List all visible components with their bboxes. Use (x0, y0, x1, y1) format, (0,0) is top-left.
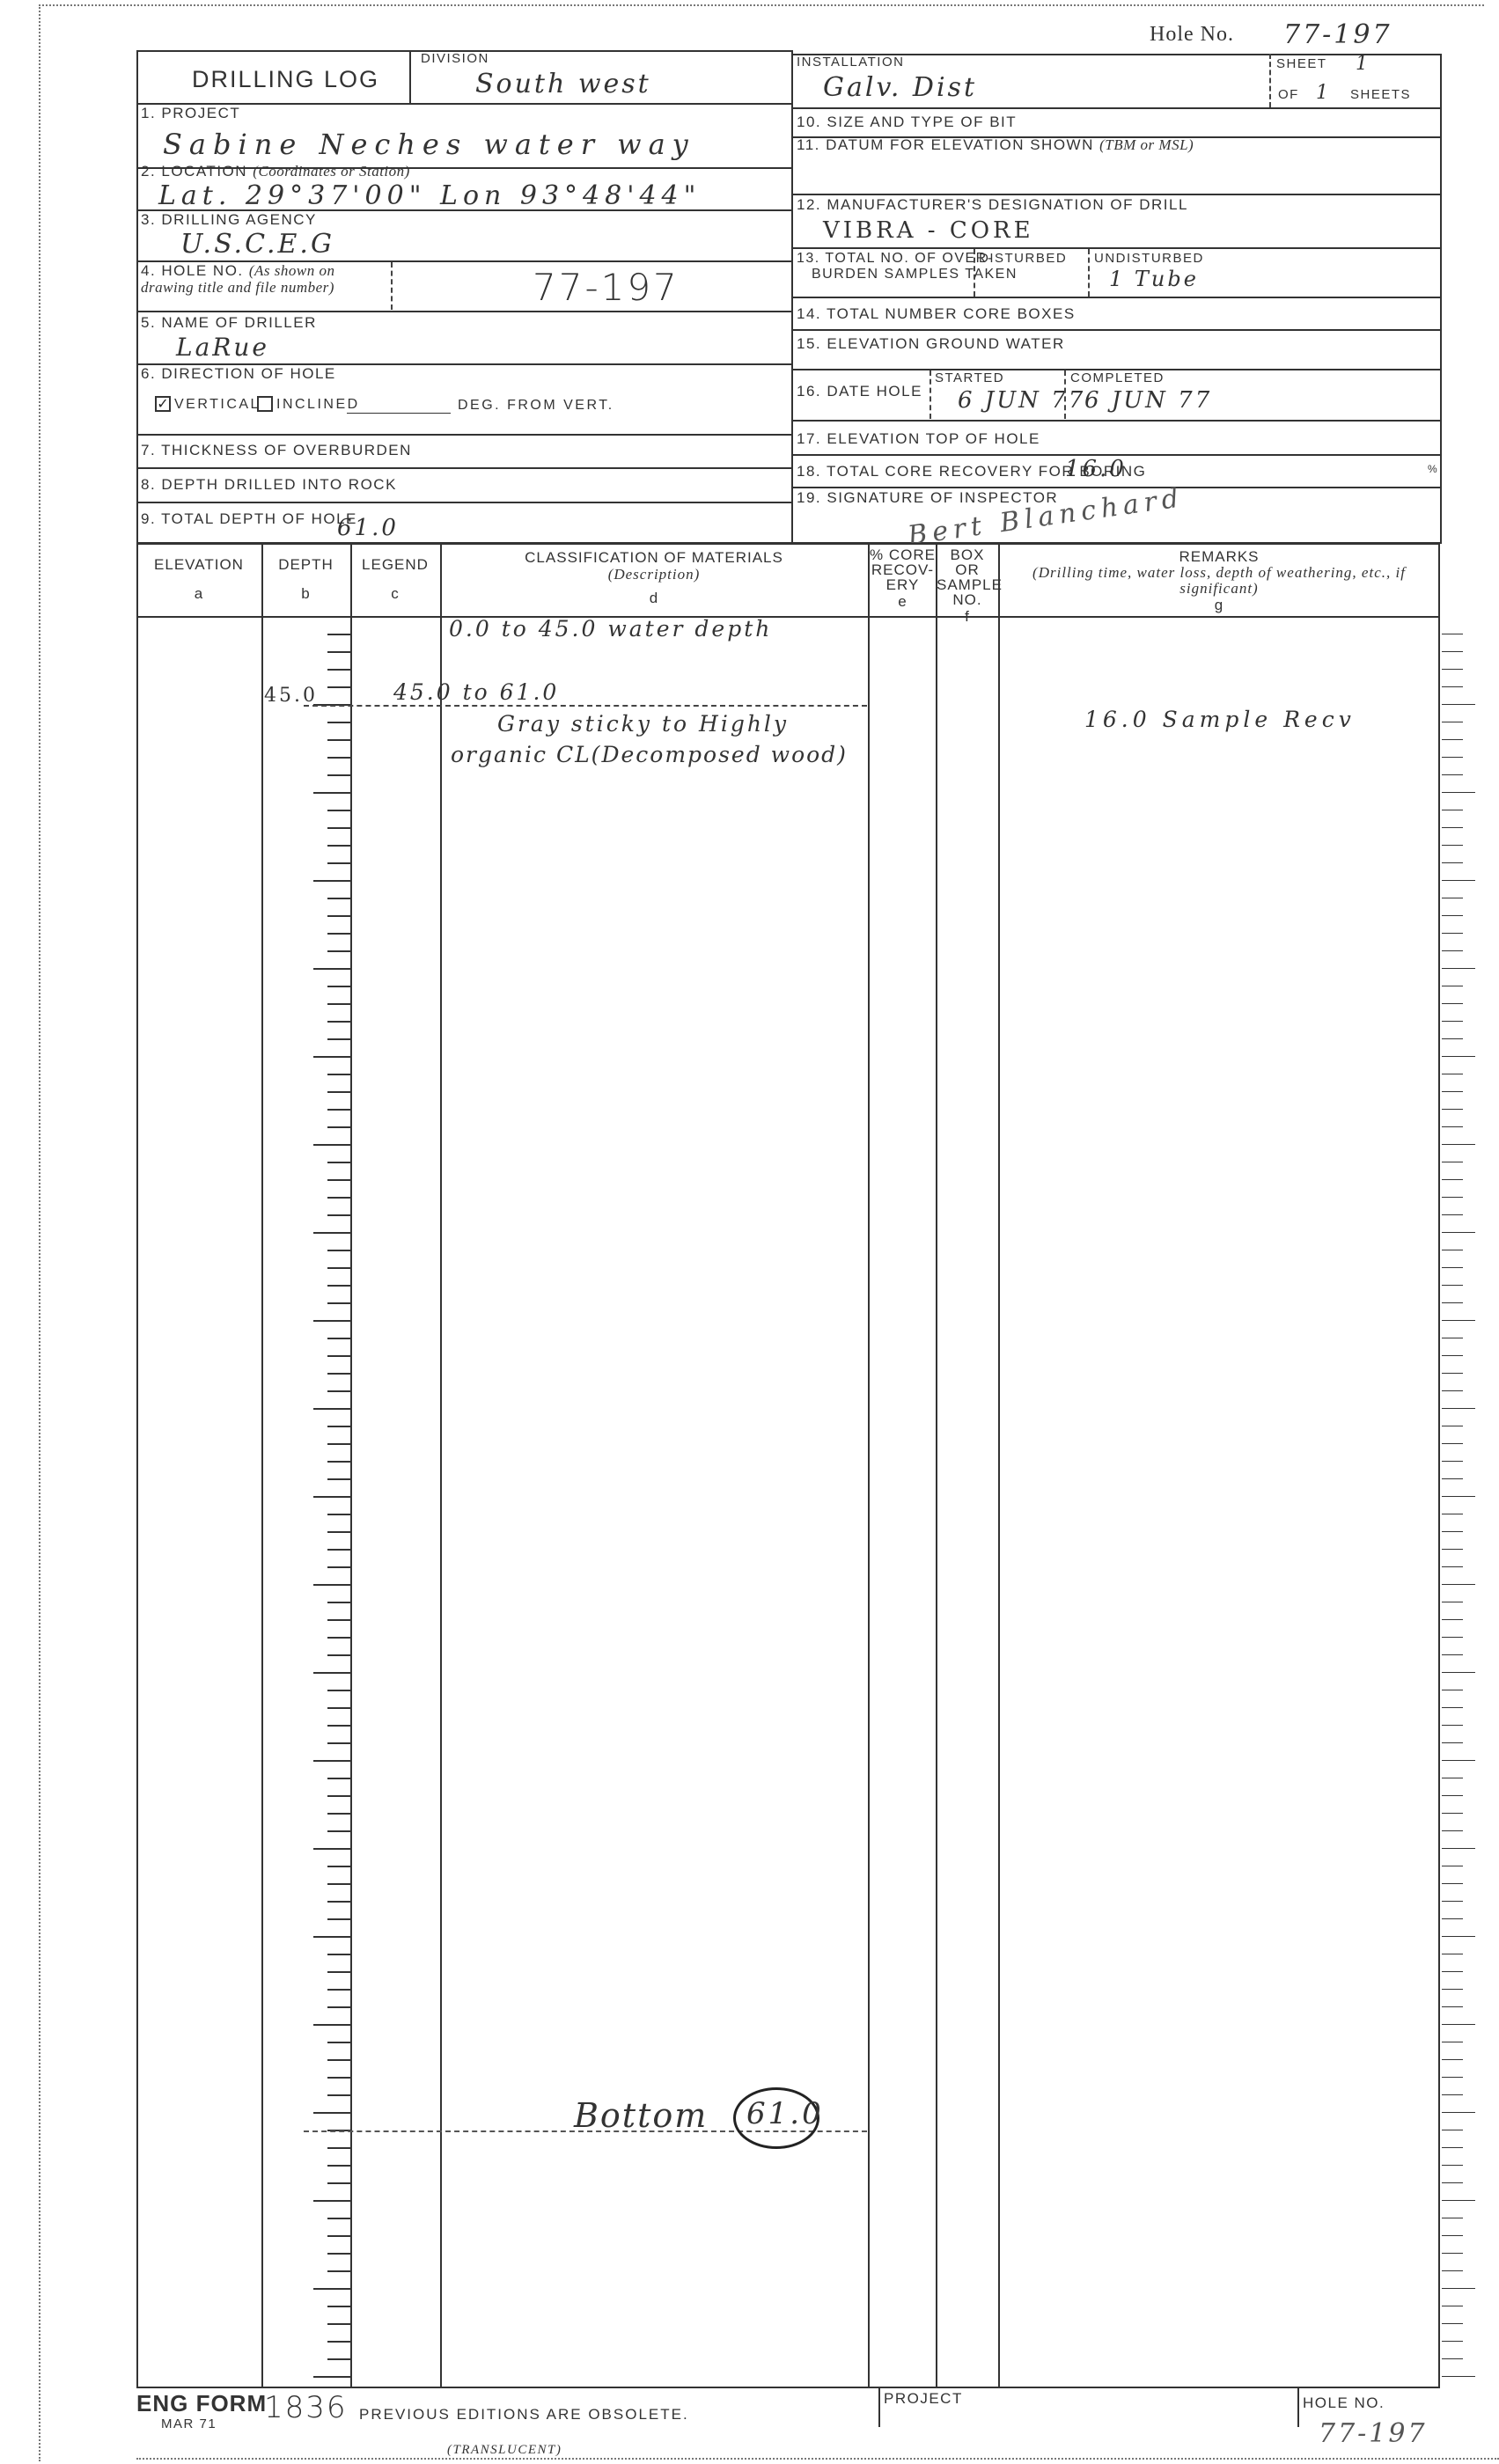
location-value[interactable]: Lat. 29°37'00" Lon 93°48'44" (158, 180, 701, 211)
form-number: 1836 (264, 2390, 348, 2425)
total-depth-label: 9. TOTAL DEPTH OF HOLE (141, 510, 357, 528)
bottom-depth-value[interactable]: 61.0 (746, 2096, 824, 2131)
driller-value[interactable]: LaRue (176, 333, 269, 362)
form-left-section (136, 50, 793, 544)
footer-hole-no-value[interactable]: 77-197 (1319, 2418, 1428, 2449)
col-header-legend: LEGENDc (350, 556, 440, 602)
drilling-agency-label: 3. DRILLING AGENCY (141, 211, 317, 229)
deg-from-vert-label: DEG. FROM VERT. (458, 398, 614, 414)
core-boxes-label: 14. TOTAL NUMBER CORE BOXES (797, 305, 1076, 323)
sheet-label: SHEET (1276, 56, 1327, 71)
sheets-label: SHEETS (1350, 87, 1411, 102)
page-bottom-edge (136, 2458, 1499, 2460)
footer-hole-no-label: HOLE NO. (1303, 2394, 1385, 2412)
inclined-degrees-field[interactable] (347, 413, 451, 414)
sheet-of-value[interactable]: 1 (1316, 82, 1331, 104)
description-entry-3[interactable]: Gray sticky to Highly (497, 711, 789, 737)
footer-project-label: PROJECT (884, 2390, 963, 2408)
datum-label: 11. DATUM FOR ELEVATION SHOWN (TBM or MS… (797, 136, 1194, 154)
started-value[interactable]: 6 JUN 77 (958, 387, 1085, 414)
depth-into-rock-label: 8. DEPTH DRILLED INTO ROCK (141, 476, 397, 494)
col-header-sample-no: BOX OR SAMPLE NO.f (937, 547, 998, 624)
samples-label-line2: BURDEN SAMPLES TAKEN (812, 267, 1018, 282)
bottom-note: Bottom (574, 2096, 708, 2135)
hole-no-value[interactable]: 77-197 (533, 266, 680, 309)
location-label: 2. LOCATION (Coordinates or Station) (141, 163, 410, 180)
col-header-core-recovery: % CORE RECOV- ERYe (870, 547, 936, 609)
installation-value[interactable]: Galv. Dist (823, 72, 977, 103)
drill-designation-label: 12. MANUFACTURER'S DESIGNATION OF DRILL (797, 196, 1188, 214)
core-recovery-value[interactable]: 16.0 (1065, 456, 1127, 482)
vertical-checkbox[interactable]: ✓ (155, 396, 171, 412)
core-recovery-unit: % (1428, 463, 1438, 475)
form-title: DRILLING LOG (192, 66, 379, 93)
remarks-entry[interactable]: 16.0 Sample Recv (1084, 707, 1356, 732)
elev-top-label: 17. ELEVATION TOP OF HOLE (797, 430, 1040, 448)
vertical-label: VERTICAL (174, 397, 261, 413)
samples-label: 13. TOTAL NO. OF OVER- (797, 251, 994, 267)
installation-label: INSTALLATION (797, 55, 904, 70)
inclined-checkbox[interactable] (257, 396, 273, 412)
started-label: STARTED (935, 370, 1004, 385)
description-entry-1[interactable]: 0.0 to 45.0 water depth (449, 616, 772, 642)
division-label: DIVISION (421, 51, 489, 66)
division-value[interactable]: South west (475, 69, 651, 99)
col-header-classification: CLASSIFICATION OF MATERIALS(Description)… (440, 549, 868, 606)
hole-no-label: 4. HOLE NO. (As shown on drawing title a… (141, 262, 378, 296)
form-name: ENG FORM (136, 2390, 267, 2417)
inclined-label: INCLINED (276, 397, 360, 413)
date-hole-label: 16. DATE HOLE (797, 383, 922, 400)
bit-label: 10. SIZE AND TYPE OF BIT (797, 114, 1017, 131)
depth-entry-45[interactable]: 45.0 (264, 685, 318, 707)
col-header-remarks: REMARKS(Drilling time, water loss, depth… (1012, 549, 1426, 613)
undisturbed-value[interactable]: 1 Tube (1109, 267, 1199, 291)
col-header-depth: DEPTHb (261, 556, 350, 602)
completed-label: COMPLETED (1070, 370, 1165, 385)
drilling-agency-value[interactable]: U.S.C.E.G (180, 229, 334, 260)
direction-label: 6. DIRECTION OF HOLE (141, 365, 336, 383)
top-hole-no-label: Hole No. (1150, 23, 1234, 47)
table-header-divider (136, 616, 1440, 618)
undisturbed-label: UNDISTURBED (1094, 251, 1204, 266)
depth-boundary-45 (304, 705, 867, 707)
col-header-elevation: ELEVATIONa (136, 556, 261, 602)
description-entry-2[interactable]: 45.0 to 61.0 (393, 679, 559, 705)
form-date: MAR 71 (161, 2416, 217, 2431)
translucent-note: (TRANSLUCENT) (447, 2443, 562, 2458)
project-label: 1. PROJECT (141, 105, 240, 122)
completed-value[interactable]: 6 JUN 77 (1084, 387, 1212, 414)
sheet-value[interactable]: 1 (1356, 53, 1370, 75)
ground-water-label: 15. ELEVATION GROUND WATER (797, 335, 1065, 353)
total-depth-value[interactable]: 61.0 (337, 515, 399, 541)
top-hole-no-value: 77-197 (1283, 19, 1392, 50)
driller-label: 5. NAME OF DRILLER (141, 314, 317, 332)
project-value[interactable]: Sabine Neches water way (163, 128, 695, 161)
obsolete-note: PREVIOUS EDITIONS ARE OBSOLETE. (359, 2406, 689, 2424)
description-entry-4[interactable]: organic CL(Decomposed wood) (451, 742, 848, 767)
thickness-overburden-label: 7. THICKNESS OF OVERBURDEN (141, 442, 412, 459)
disturbed-label: DISTURBED (979, 251, 1067, 266)
sheet-of-label: OF (1278, 87, 1299, 102)
drill-designation-value[interactable]: VIBRA - CORE (823, 217, 1034, 244)
